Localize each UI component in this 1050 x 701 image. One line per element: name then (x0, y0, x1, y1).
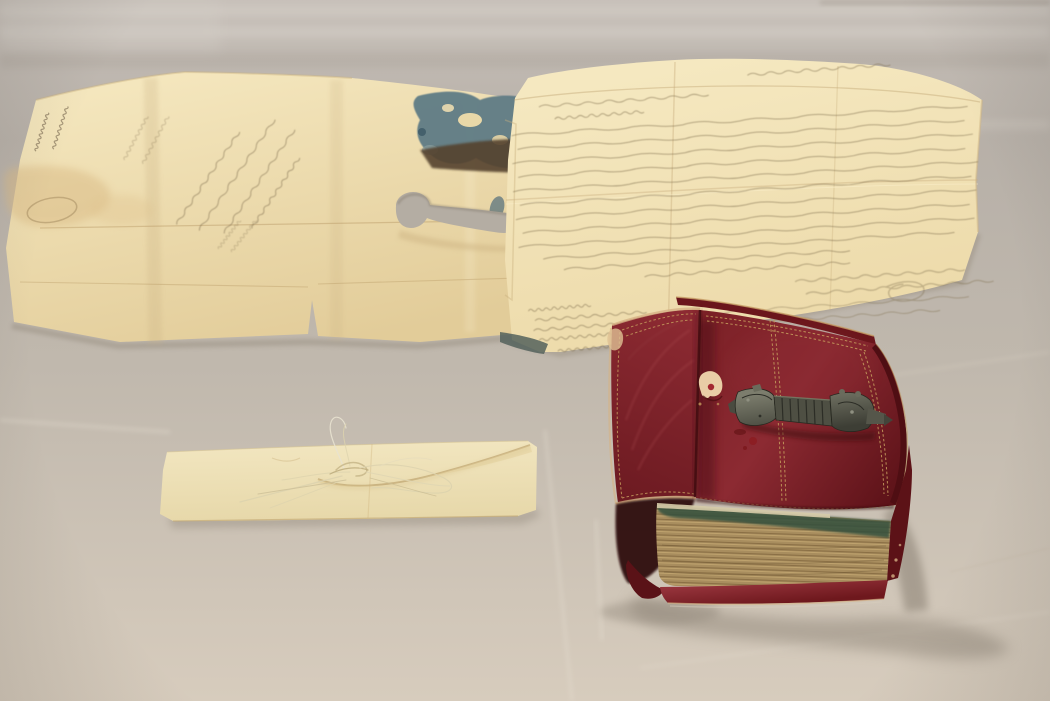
vignette (0, 0, 1050, 701)
photograph (0, 0, 1050, 701)
photo-stage (0, 0, 1050, 701)
